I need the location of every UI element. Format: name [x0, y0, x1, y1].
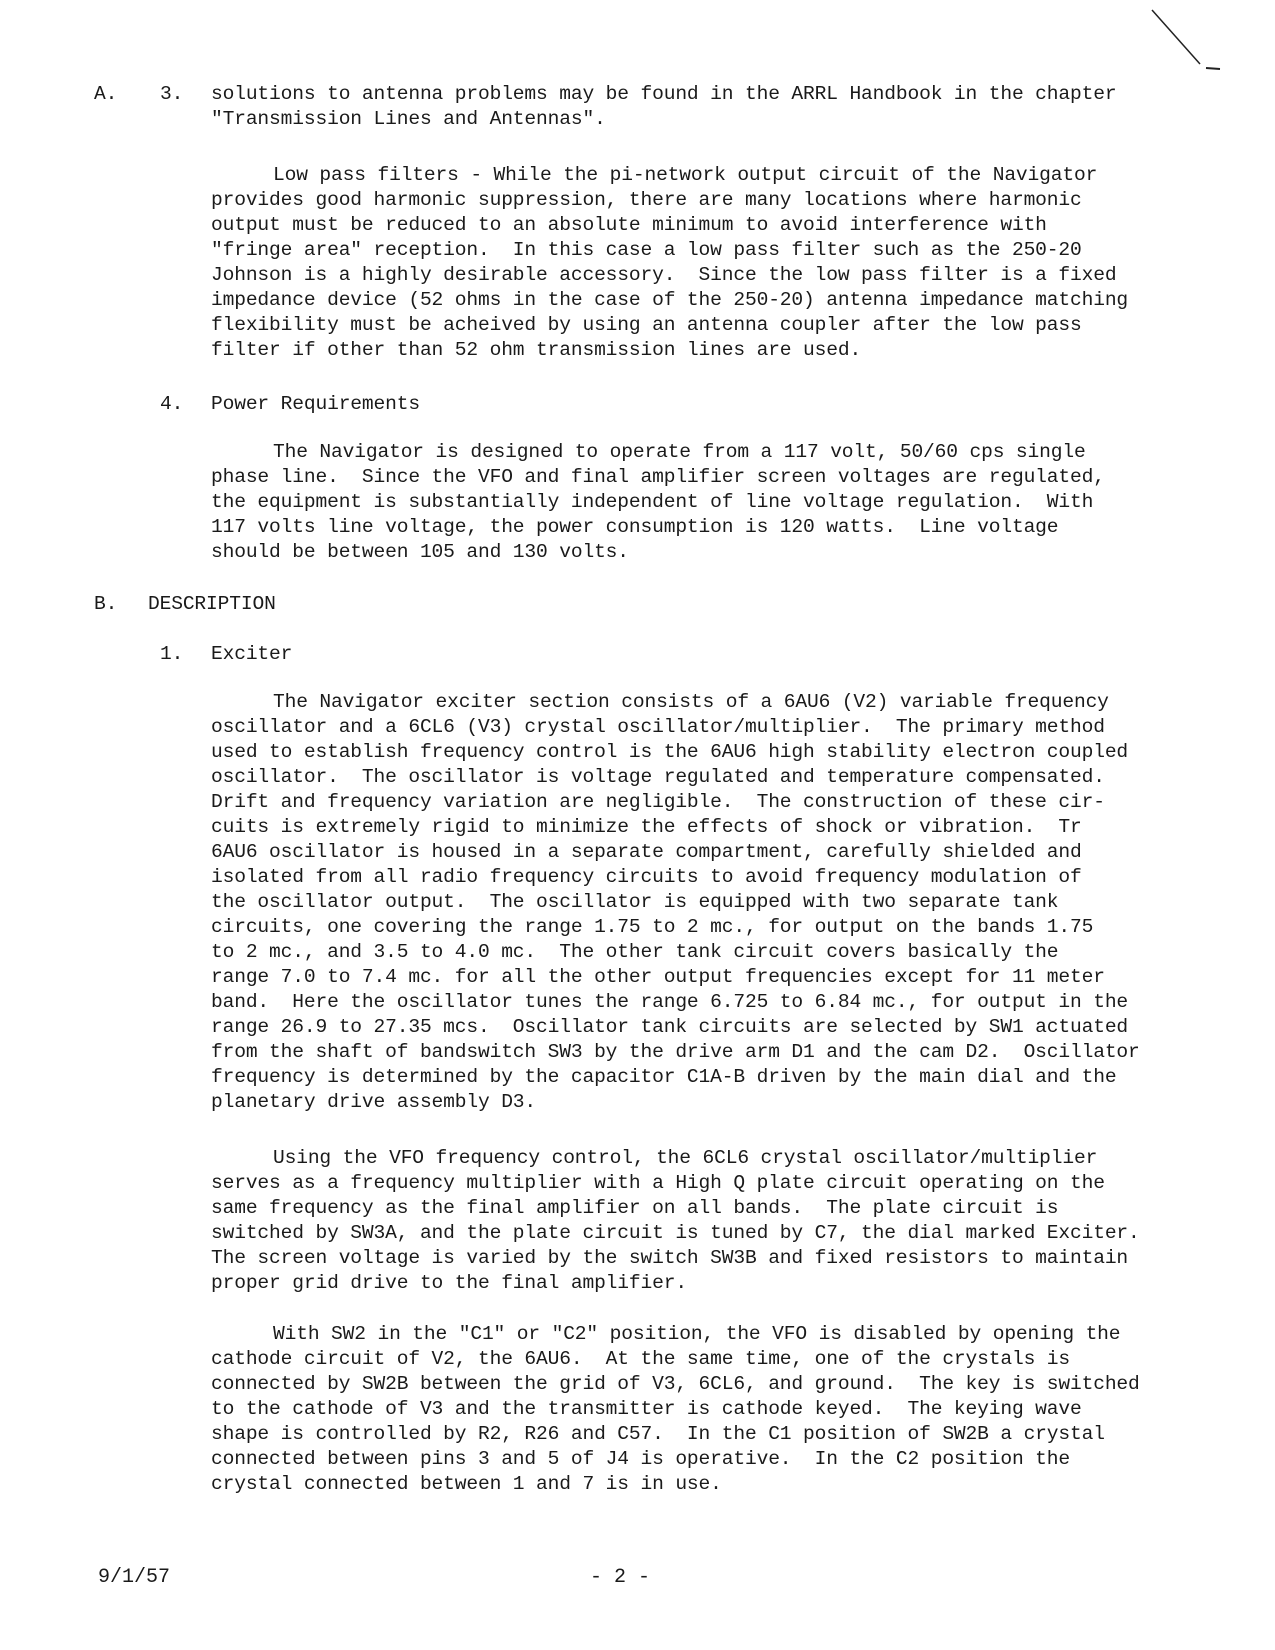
text-line: The Navigator is designed to operate fro…	[273, 440, 1086, 465]
text-line: switched by SW3A, and the plate circuit …	[211, 1221, 1140, 1246]
text-line: circuits, one covering the range 1.75 to…	[211, 915, 1093, 940]
text-line: to the cathode of V3 and the transmitter…	[211, 1397, 1082, 1422]
text-line: Drift and frequency variation are neglig…	[211, 790, 1105, 815]
item-3-marker: 3.	[160, 82, 183, 107]
text-line: "Transmission Lines and Antennas".	[211, 107, 606, 132]
text-line: impedance device (52 ohms in the case of…	[211, 288, 1128, 313]
text-line: crystal connected between 1 and 7 is in …	[211, 1472, 722, 1497]
text-line: "fringe area" reception. In this case a …	[211, 238, 1082, 263]
text-line: to 2 mc., and 3.5 to 4.0 mc. The other t…	[211, 940, 1058, 965]
text-line: 6AU6 oscillator is housed in a separate …	[211, 840, 1082, 865]
text-line: the equipment is substantially independe…	[211, 490, 1093, 515]
text-line: planetary drive assembly D3.	[211, 1090, 536, 1115]
text-line: same frequency as the final amplifier on…	[211, 1196, 1058, 1221]
item-4-marker: 4.	[160, 392, 183, 417]
footer-date: 9/1/57	[98, 1566, 170, 1589]
text-line: band. Here the oscillator tunes the rang…	[211, 990, 1128, 1015]
text-line: provides good harmonic suppression, ther…	[211, 188, 1082, 213]
text-line: serves as a frequency multiplier with a …	[211, 1171, 1105, 1196]
text-line: 117 volts line voltage, the power consum…	[211, 515, 1058, 540]
text-line: flexibility must be acheived by using an…	[211, 313, 1082, 338]
text-line: connected between pins 3 and 5 of J4 is …	[211, 1447, 1070, 1472]
text-line: solutions to antenna problems may be fou…	[211, 82, 1116, 107]
text-line: oscillator and a 6CL6 (V3) crystal oscil…	[211, 715, 1105, 740]
text-line: isolated from all radio frequency circui…	[211, 865, 1082, 890]
text-line: the oscillator output. The oscillator is…	[211, 890, 1058, 915]
item-1-marker: 1.	[160, 642, 183, 667]
text-line: range 7.0 to 7.4 mc. for all the other o…	[211, 965, 1105, 990]
text-line: With SW2 in the "C1" or "C2" position, t…	[273, 1322, 1120, 1347]
text-line: oscillator. The oscillator is voltage re…	[211, 765, 1105, 790]
scan-artifact-line	[1150, 8, 1230, 78]
text-line: should be between 105 and 130 volts.	[211, 540, 629, 565]
text-line: used to establish frequency control is t…	[211, 740, 1128, 765]
text-line: filter if other than 52 ohm transmission…	[211, 338, 861, 363]
text-line: range 26.9 to 27.35 mcs. Oscillator tank…	[211, 1015, 1128, 1040]
text-line: shape is controlled by R2, R26 and C57. …	[211, 1422, 1105, 1447]
text-line: output must be reduced to an absolute mi…	[211, 213, 1047, 238]
text-line: proper grid drive to the final amplifier…	[211, 1271, 687, 1296]
description-heading: DESCRIPTION	[148, 592, 276, 617]
section-b-marker: B.	[94, 592, 117, 617]
text-line: The Navigator exciter section consists o…	[273, 690, 1109, 715]
document-page: A. 3. solutions to antenna problems may …	[0, 0, 1275, 1650]
text-line: phase line. Since the VFO and final ampl…	[211, 465, 1105, 490]
text-line: cuits is extremely rigid to minimize the…	[211, 815, 1082, 840]
text-line: Low pass filters - While the pi-network …	[273, 163, 1097, 188]
text-line: connected by SW2B between the grid of V3…	[211, 1372, 1140, 1397]
text-line: frequency is determined by the capacitor…	[211, 1065, 1116, 1090]
text-line: cathode circuit of V2, the 6AU6. At the …	[211, 1347, 1070, 1372]
exciter-heading: Exciter	[211, 642, 292, 667]
section-a-marker: A.	[94, 82, 117, 107]
power-requirements-heading: Power Requirements	[211, 392, 420, 417]
text-line: from the shaft of bandswitch SW3 by the …	[211, 1040, 1140, 1065]
text-line: Using the VFO frequency control, the 6CL…	[273, 1146, 1097, 1171]
text-line: The screen voltage is varied by the swit…	[211, 1246, 1128, 1271]
footer-page-number: - 2 -	[590, 1566, 650, 1589]
text-line: Johnson is a highly desirable accessory.…	[211, 263, 1116, 288]
